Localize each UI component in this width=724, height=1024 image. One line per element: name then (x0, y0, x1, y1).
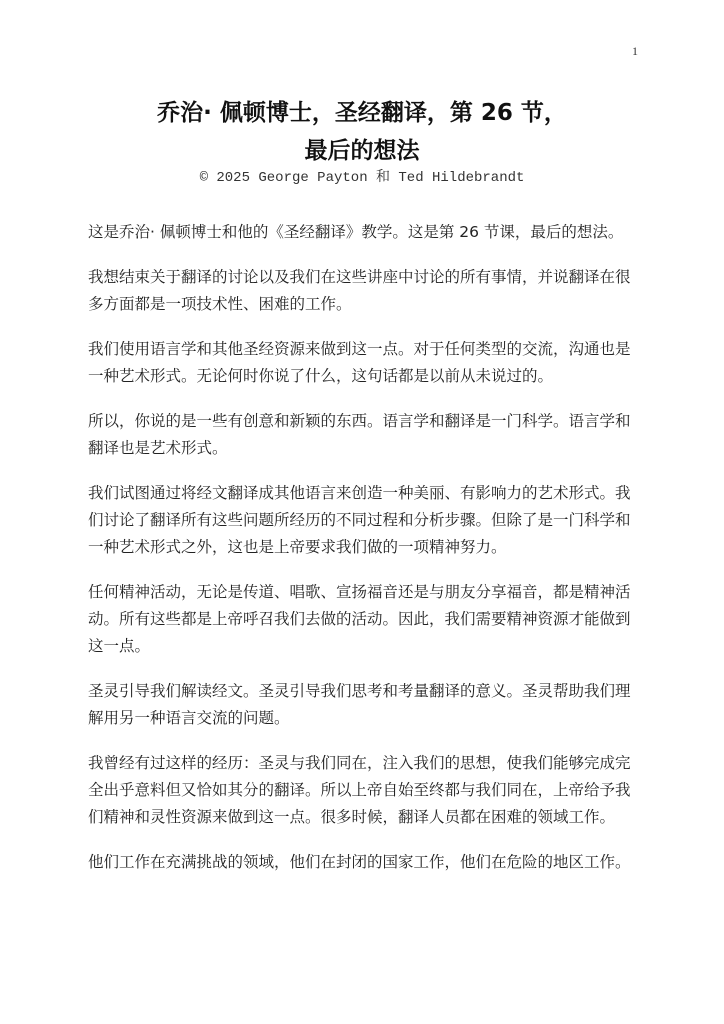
paragraph: 我想结束关于翻译的讨论以及我们在这些讲座中讨论的所有事情，并说翻译在很多方面都是… (88, 264, 636, 318)
page-number: 1 (632, 44, 638, 59)
document-body: 这是乔治· 佩顿博士和他的《圣经翻译》教学。这是第 26 节课，最后的想法。 我… (88, 219, 636, 894)
paragraph: 所以，你说的是一些有创意和新颖的东西。语言学和翻译是一门科学。语言学和翻译也是艺… (88, 408, 636, 462)
paragraph: 他们工作在充满挑战的领域，他们在封闭的国家工作，他们在危险的地区工作。 (88, 849, 636, 876)
paragraph: 我曾经有过这样的经历：圣灵与我们同在，注入我们的思想，使我们能够完成完全出乎意料… (88, 750, 636, 831)
paragraph: 我们使用语言学和其他圣经资源来做到这一点。对于任何类型的交流，沟通也是一种艺术形… (88, 336, 636, 390)
document-title: 乔治· 佩顿博士，圣经翻译，第 26 节， 最后的想法 (0, 94, 724, 170)
copyright-line: © 2025 George Payton 和 Ted Hildebrandt (0, 166, 724, 186)
title-line-1: 乔治· 佩顿博士，圣经翻译，第 26 节， (0, 94, 724, 132)
paragraph: 圣灵引导我们解读经文。圣灵引导我们思考和考量翻译的意义。圣灵帮助我们理解用另一种… (88, 678, 636, 732)
paragraph: 这是乔治· 佩顿博士和他的《圣经翻译》教学。这是第 26 节课，最后的想法。 (88, 219, 636, 246)
paragraph: 我们试图通过将经文翻译成其他语言来创造一种美丽、有影响力的艺术形式。我们讨论了翻… (88, 480, 636, 561)
paragraph: 任何精神活动，无论是传道、唱歌、宣扬福音还是与朋友分享福音，都是精神活动。所有这… (88, 579, 636, 660)
title-line-2: 最后的想法 (0, 132, 724, 170)
